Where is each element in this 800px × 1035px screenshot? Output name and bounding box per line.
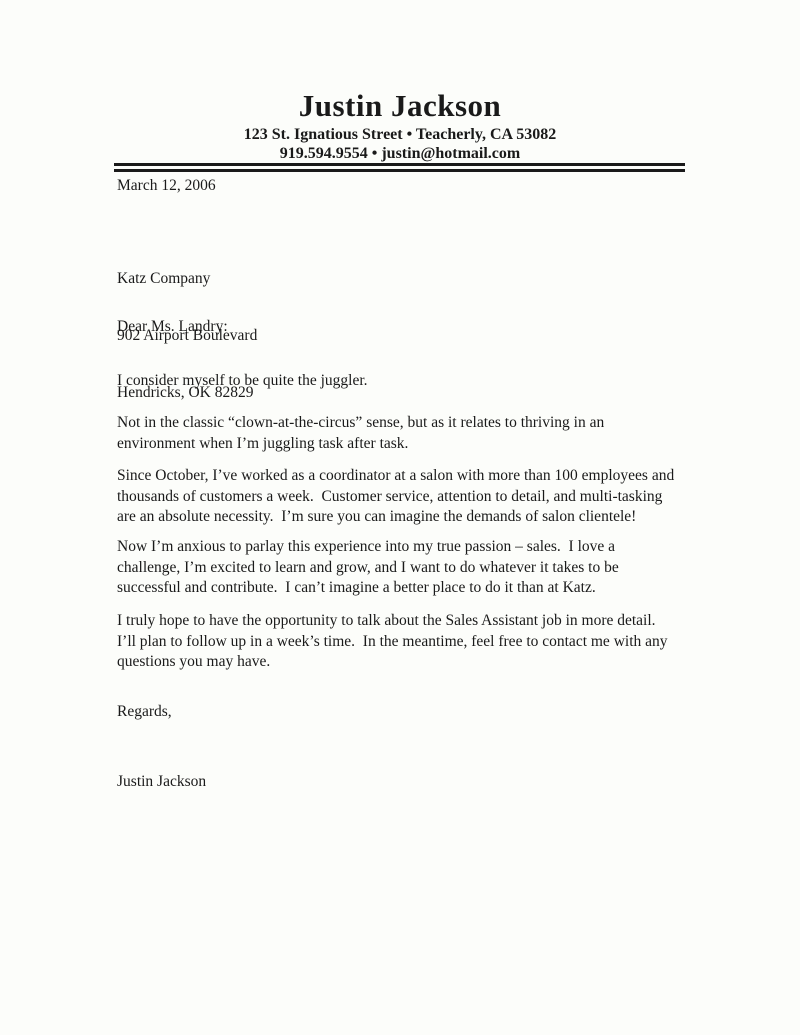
body-paragraph: Not in the classic “clown-at-the-circus”… [117, 413, 737, 454]
closing: Regards, [117, 702, 737, 723]
letterhead-divider [114, 163, 685, 172]
letterhead: Justin Jackson 123 St. Ignatious Street … [0, 87, 800, 163]
letterhead-name: Justin Jackson [0, 87, 800, 125]
salutation: Dear Ms. Landry: [117, 317, 737, 338]
letterhead-address: 123 St. Ignatious Street • Teacherly, CA… [0, 125, 800, 144]
letterhead-contact: 919.594.9554 • justin@hotmail.com [0, 144, 800, 163]
body-paragraph: Since October, I’ve worked as a coordina… [117, 466, 737, 528]
letter-date: March 12, 2006 [117, 176, 737, 197]
letter-page: Justin Jackson 123 St. Ignatious Street … [0, 0, 800, 1035]
body-paragraph: I consider myself to be quite the juggle… [117, 371, 737, 392]
body-paragraph: Now I’m anxious to parlay this experienc… [117, 537, 737, 599]
body-paragraph: I truly hope to have the opportunity to … [117, 611, 737, 673]
recipient-company: Katz Company [117, 269, 737, 288]
signature-name: Justin Jackson [117, 772, 737, 793]
